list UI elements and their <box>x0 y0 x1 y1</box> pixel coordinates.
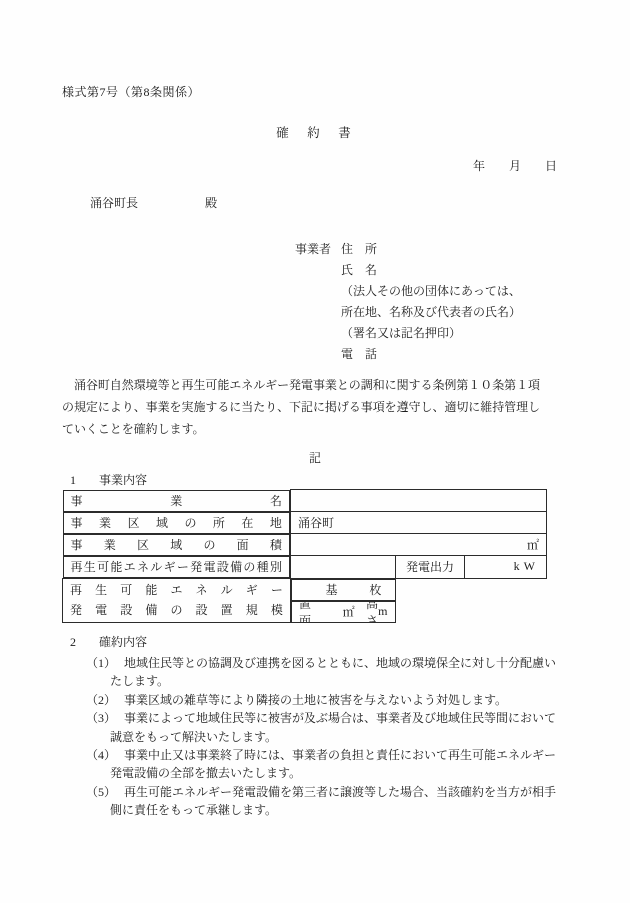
facility-type-label: 再生可能エネルギー発電設備の種別 <box>63 556 291 578</box>
business-info-table: 事業名 事業区域の所在地 涌谷町 事業区域の面積 ㎡ 再生可能エネルギー発電設備… <box>62 489 547 623</box>
pledge-item-1: （1）地域住民等との協調及び連携を図るとともに、地域の環境保全に対し十分配慮い … <box>86 654 556 691</box>
operator-address-label: 住 所 <box>341 239 377 260</box>
operator-detail-lines: 氏 名 （法人その他の団体にあっては、 所在地、名称及び代表者の氏名） （署名又… <box>341 260 521 365</box>
operator-phone-label: 電 話 <box>341 344 521 365</box>
installation-scale-units-row: 基枚・m <box>291 579 396 601</box>
ki-mark: 記 <box>0 450 630 466</box>
area-location-value: 涌谷町 <box>291 512 547 534</box>
business-name-value <box>291 490 547 512</box>
unit-panel: 枚 <box>369 581 381 598</box>
section2-heading: 2確約内容 <box>70 634 147 650</box>
pledge-item-3-text: 事業によって地域住民等に被害が及ぶ場合は、事業者及び地域住民等間において 誠意を… <box>110 711 556 743</box>
pledge-item-5-marker: （5） <box>86 785 116 799</box>
pledge-item-2: （2）事業区域の雑草等により隣接の土地に被害を与えないよう対処します。 <box>86 691 556 709</box>
operator-label: 事業者 <box>295 239 331 260</box>
business-name-label: 事業名 <box>63 490 291 512</box>
pledge-item-4: （4）事業中止又は事業終了時には、事業者の負担と責任において再生可能エネルギー … <box>86 746 556 783</box>
area-location-label: 事業区域の所在地 <box>63 512 291 534</box>
installation-area-row: 設置面積㎡高さm <box>291 601 396 623</box>
date-line: 年 月 日 <box>0 158 557 174</box>
table-row-facility-type: 再生可能エネルギー発電設備の種別 発電出力 kW <box>63 556 547 579</box>
table-row-installation-scale-1: 再生可能エネルギー 発電設備の設置規模 基枚・m <box>63 578 547 601</box>
installation-scale-label-line2: 発電設備の設置規模 <box>70 600 283 620</box>
operator-note-line2: 所在地、名称及び代表者の氏名） <box>341 302 521 323</box>
form-number: 様式第7号（第8条関係） <box>62 85 200 100</box>
pledge-item-1-marker: （1） <box>86 656 116 670</box>
pledge-document-page: 様式第7号（第8条関係） 確 約 書 年 月 日 涌谷町長殿 事業者住 所 氏 … <box>0 0 630 903</box>
pledge-item-2-text: 事業区域の雑草等により隣接の土地に被害を与えないよう対処します。 <box>124 693 507 707</box>
pledge-item-3: （3）事業によって地域住民等に被害が及ぶ場合は、事業者及び地域住民等間において … <box>86 709 556 746</box>
section1-title: 事業内容 <box>99 472 147 488</box>
pledge-item-3-marker: （3） <box>86 711 116 725</box>
height-unit: m <box>378 604 387 619</box>
recipient-honorific: 殿 <box>205 196 217 210</box>
section2-number: 2 <box>70 634 99 650</box>
operator-signature-note: （署名又は記名押印） <box>341 323 521 344</box>
table-row-area-size: 事業区域の面積 ㎡ <box>63 534 547 556</box>
recipient-line: 涌谷町長殿 <box>90 195 217 211</box>
area-size-unit: ㎡ <box>291 534 547 556</box>
installation-area-label: 設置面積 <box>299 601 320 623</box>
pledge-item-5: （5）再生可能エネルギー発電設備を第三者に譲渡等した場合、当該確約を当方が相手 … <box>86 783 556 820</box>
pledge-items-list: （1）地域住民等との協調及び連携を図るとともに、地域の環境保全に対し十分配慮い … <box>86 654 556 820</box>
power-output-label: 発電出力 <box>396 556 465 579</box>
recipient-name: 涌谷町長 <box>90 196 138 210</box>
section1-number: 1 <box>70 472 99 488</box>
unit-base: 基 <box>326 581 338 598</box>
area-size-label: 事業区域の面積 <box>63 534 291 556</box>
operator-address-row: 事業者住 所 <box>295 239 521 260</box>
operator-name-label: 氏 名 <box>341 260 521 281</box>
power-output-unit: kW <box>465 556 547 579</box>
operator-block: 事業者住 所 氏 名 （法人その他の団体にあっては、 所在地、名称及び代表者の氏… <box>295 239 521 365</box>
pledge-item-2-marker: （2） <box>86 693 116 707</box>
pledge-item-4-marker: （4） <box>86 748 116 762</box>
pledge-item-5-text: 再生可能エネルギー発電設備を第三者に譲渡等した場合、当該確約を当方が相手 側に責… <box>110 785 556 817</box>
facility-type-value <box>291 556 396 579</box>
pledge-item-4-text: 事業中止又は事業終了時には、事業者の負担と責任において再生可能エネルギー 発電設… <box>110 748 556 780</box>
document-title: 確 約 書 <box>0 125 630 141</box>
table-row-business-name: 事業名 <box>63 490 547 512</box>
pledge-item-1-text: 地域住民等との協調及び連携を図るとともに、地域の環境保全に対し十分配慮い たしま… <box>110 656 556 688</box>
section2-title: 確約内容 <box>99 634 147 650</box>
pledge-paragraph: 涌谷町自然環境等と再生可能エネルギー発電事業との調和に関する条例第１０条第１項 … <box>62 374 582 440</box>
operator-note-line1: （法人その他の団体にあっては、 <box>341 281 521 302</box>
installation-scale-label-line1: 再生可能エネルギー <box>70 580 283 600</box>
height-label: 高さ <box>366 601 378 623</box>
installation-scale-label: 再生可能エネルギー 発電設備の設置規模 <box>63 578 291 623</box>
installation-area-unit: ㎡ <box>343 603 355 620</box>
table-row-area-location: 事業区域の所在地 涌谷町 <box>63 512 547 534</box>
section1-heading: 1事業内容 <box>70 472 147 488</box>
